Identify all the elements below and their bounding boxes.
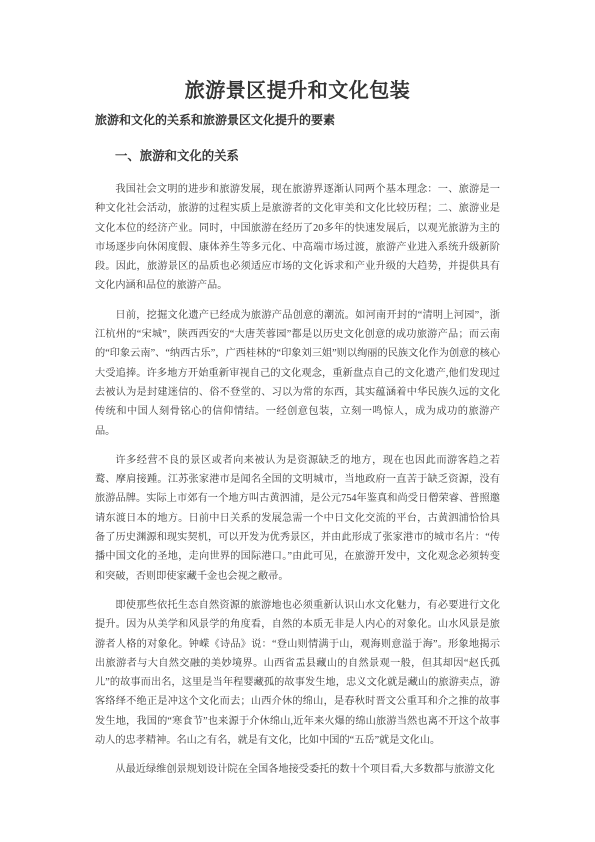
paragraph-lvwei-projects: 从最近绿维创景规划设计院在全国各地接受委托的数十个项目看,大多数都与旅游文化: [95, 760, 500, 779]
paragraph-zhangjiagang-example: 许多经营不良的景区或者向来被认为是资源缺乏的地方，现在也因此而游客趋之若鹜、摩肩…: [95, 451, 500, 586]
paragraph-natural-scenery-culture: 即使那些依托生态自然资源的旅游地也必须重新认识山水文化魅力，有必要进行文化提升。…: [95, 596, 500, 750]
paragraph-tourism-concepts: 我国社会文明的进步和旅游发展，现在旅游界逐渐认同两个基本理念：一、旅游是一种文化…: [95, 180, 500, 296]
document-body: 我国社会文明的进步和旅游发展，现在旅游界逐渐认同两个基本理念：一、旅游是一种文化…: [95, 180, 500, 780]
document-title: 旅游景区提升和文化包装: [95, 79, 500, 103]
document-page: 旅游景区提升和文化包装 旅游和文化的关系和旅游景区文化提升的要素 一、旅游和文化…: [0, 0, 595, 842]
document-subtitle: 旅游和文化的关系和旅游景区文化提升的要素: [95, 113, 500, 128]
paragraph-heritage-creativity: 日前，挖掘文化遗产已经成为旅游产品创意的潮流。如河南开封的“清明上河园”，浙江杭…: [95, 306, 500, 441]
section-heading: 一、旅游和文化的关系: [95, 149, 500, 164]
